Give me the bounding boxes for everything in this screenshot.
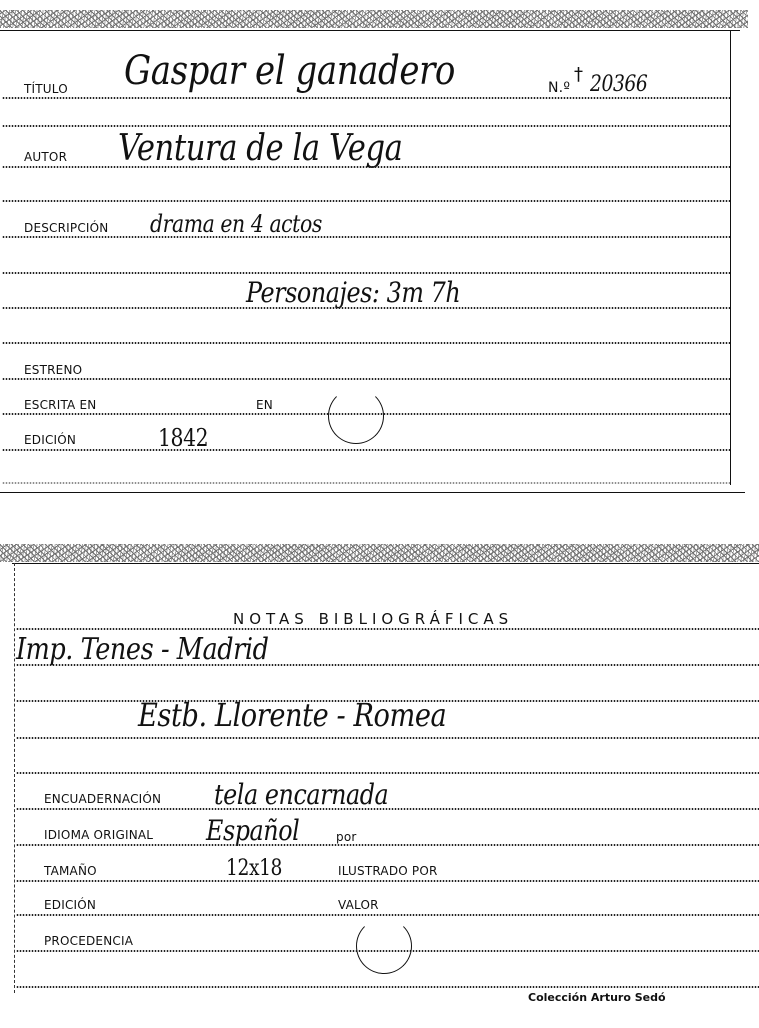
rule-line <box>16 808 759 810</box>
idioma-label: IDIOMA ORIGINAL <box>44 828 153 842</box>
autor-value: Ventura de la Vega <box>118 128 402 169</box>
rule-line <box>2 272 730 274</box>
rule-line <box>2 236 730 238</box>
scan-noise-top <box>0 10 748 28</box>
encuadernacion-label: ENCUADERNACIÓN <box>44 792 161 806</box>
rule-line <box>16 737 759 739</box>
edicion-value: 1842 <box>158 424 208 452</box>
rule-line <box>2 378 730 380</box>
encuadernacion-value: tela encarnada <box>214 778 388 811</box>
rule-line <box>16 664 759 666</box>
descripcion-value: drama en 4 actos <box>150 210 322 238</box>
card-front-top-border <box>0 30 740 31</box>
valor-label: VALOR <box>338 898 379 912</box>
notas-heading: NOTAS BIBLIOGRÁFICAS <box>233 610 513 628</box>
card-back-left-border <box>14 563 15 993</box>
rule-line <box>2 482 730 484</box>
note-line-1: Imp. Tenes - Madrid <box>16 632 269 667</box>
rule-line <box>2 307 730 309</box>
rule-line <box>2 125 730 127</box>
edicion-label: EDICIÓN <box>24 433 76 447</box>
personajes-value: Personajes: 3m 7h <box>246 276 460 309</box>
rule-line <box>16 628 759 630</box>
titulo-label: TÍTULO <box>24 82 68 96</box>
rule-line <box>16 772 759 774</box>
idioma-value: Español <box>206 814 299 847</box>
punch-hole <box>356 918 412 974</box>
numero-label: N.º <box>548 80 570 96</box>
card-front-bottom-edge <box>0 492 745 493</box>
autor-label: AUTOR <box>24 150 67 164</box>
rule-line <box>16 880 759 882</box>
rule-line <box>2 200 730 202</box>
en-label: EN <box>256 398 273 412</box>
ilustrado-label: ILUSTRADO POR <box>338 864 438 878</box>
numero-mark: † <box>574 64 583 85</box>
rule-line <box>2 449 730 451</box>
back-edicion-label: EDICIÓN <box>44 898 96 912</box>
card-front-right-border <box>730 30 731 485</box>
note-line-2: Estb. Llorente - Romea <box>138 696 446 734</box>
escrita-en-label: ESCRITA EN <box>24 398 96 412</box>
estreno-label: ESTRENO <box>24 363 82 377</box>
tamano-label: TAMAÑO <box>44 864 97 878</box>
punch-hole <box>328 388 384 444</box>
rule-line <box>2 342 730 344</box>
scan-noise-top <box>0 544 759 562</box>
collection-credit: Colección Arturo Sedó <box>528 991 666 1004</box>
por-label: por <box>336 830 357 844</box>
rule-line <box>16 914 759 916</box>
procedencia-label: PROCEDENCIA <box>44 934 133 948</box>
rule-line <box>16 844 759 846</box>
rule-line <box>2 166 730 168</box>
titulo-value: Gaspar el ganadero <box>124 48 455 94</box>
tamano-value: 12x18 <box>226 856 282 881</box>
card-back-top-border <box>12 563 759 564</box>
rule-line <box>2 97 730 99</box>
descripcion-label: DESCRIPCIÓN <box>24 221 108 235</box>
rule-line <box>16 986 759 988</box>
numero-value: 20366 <box>590 72 647 97</box>
